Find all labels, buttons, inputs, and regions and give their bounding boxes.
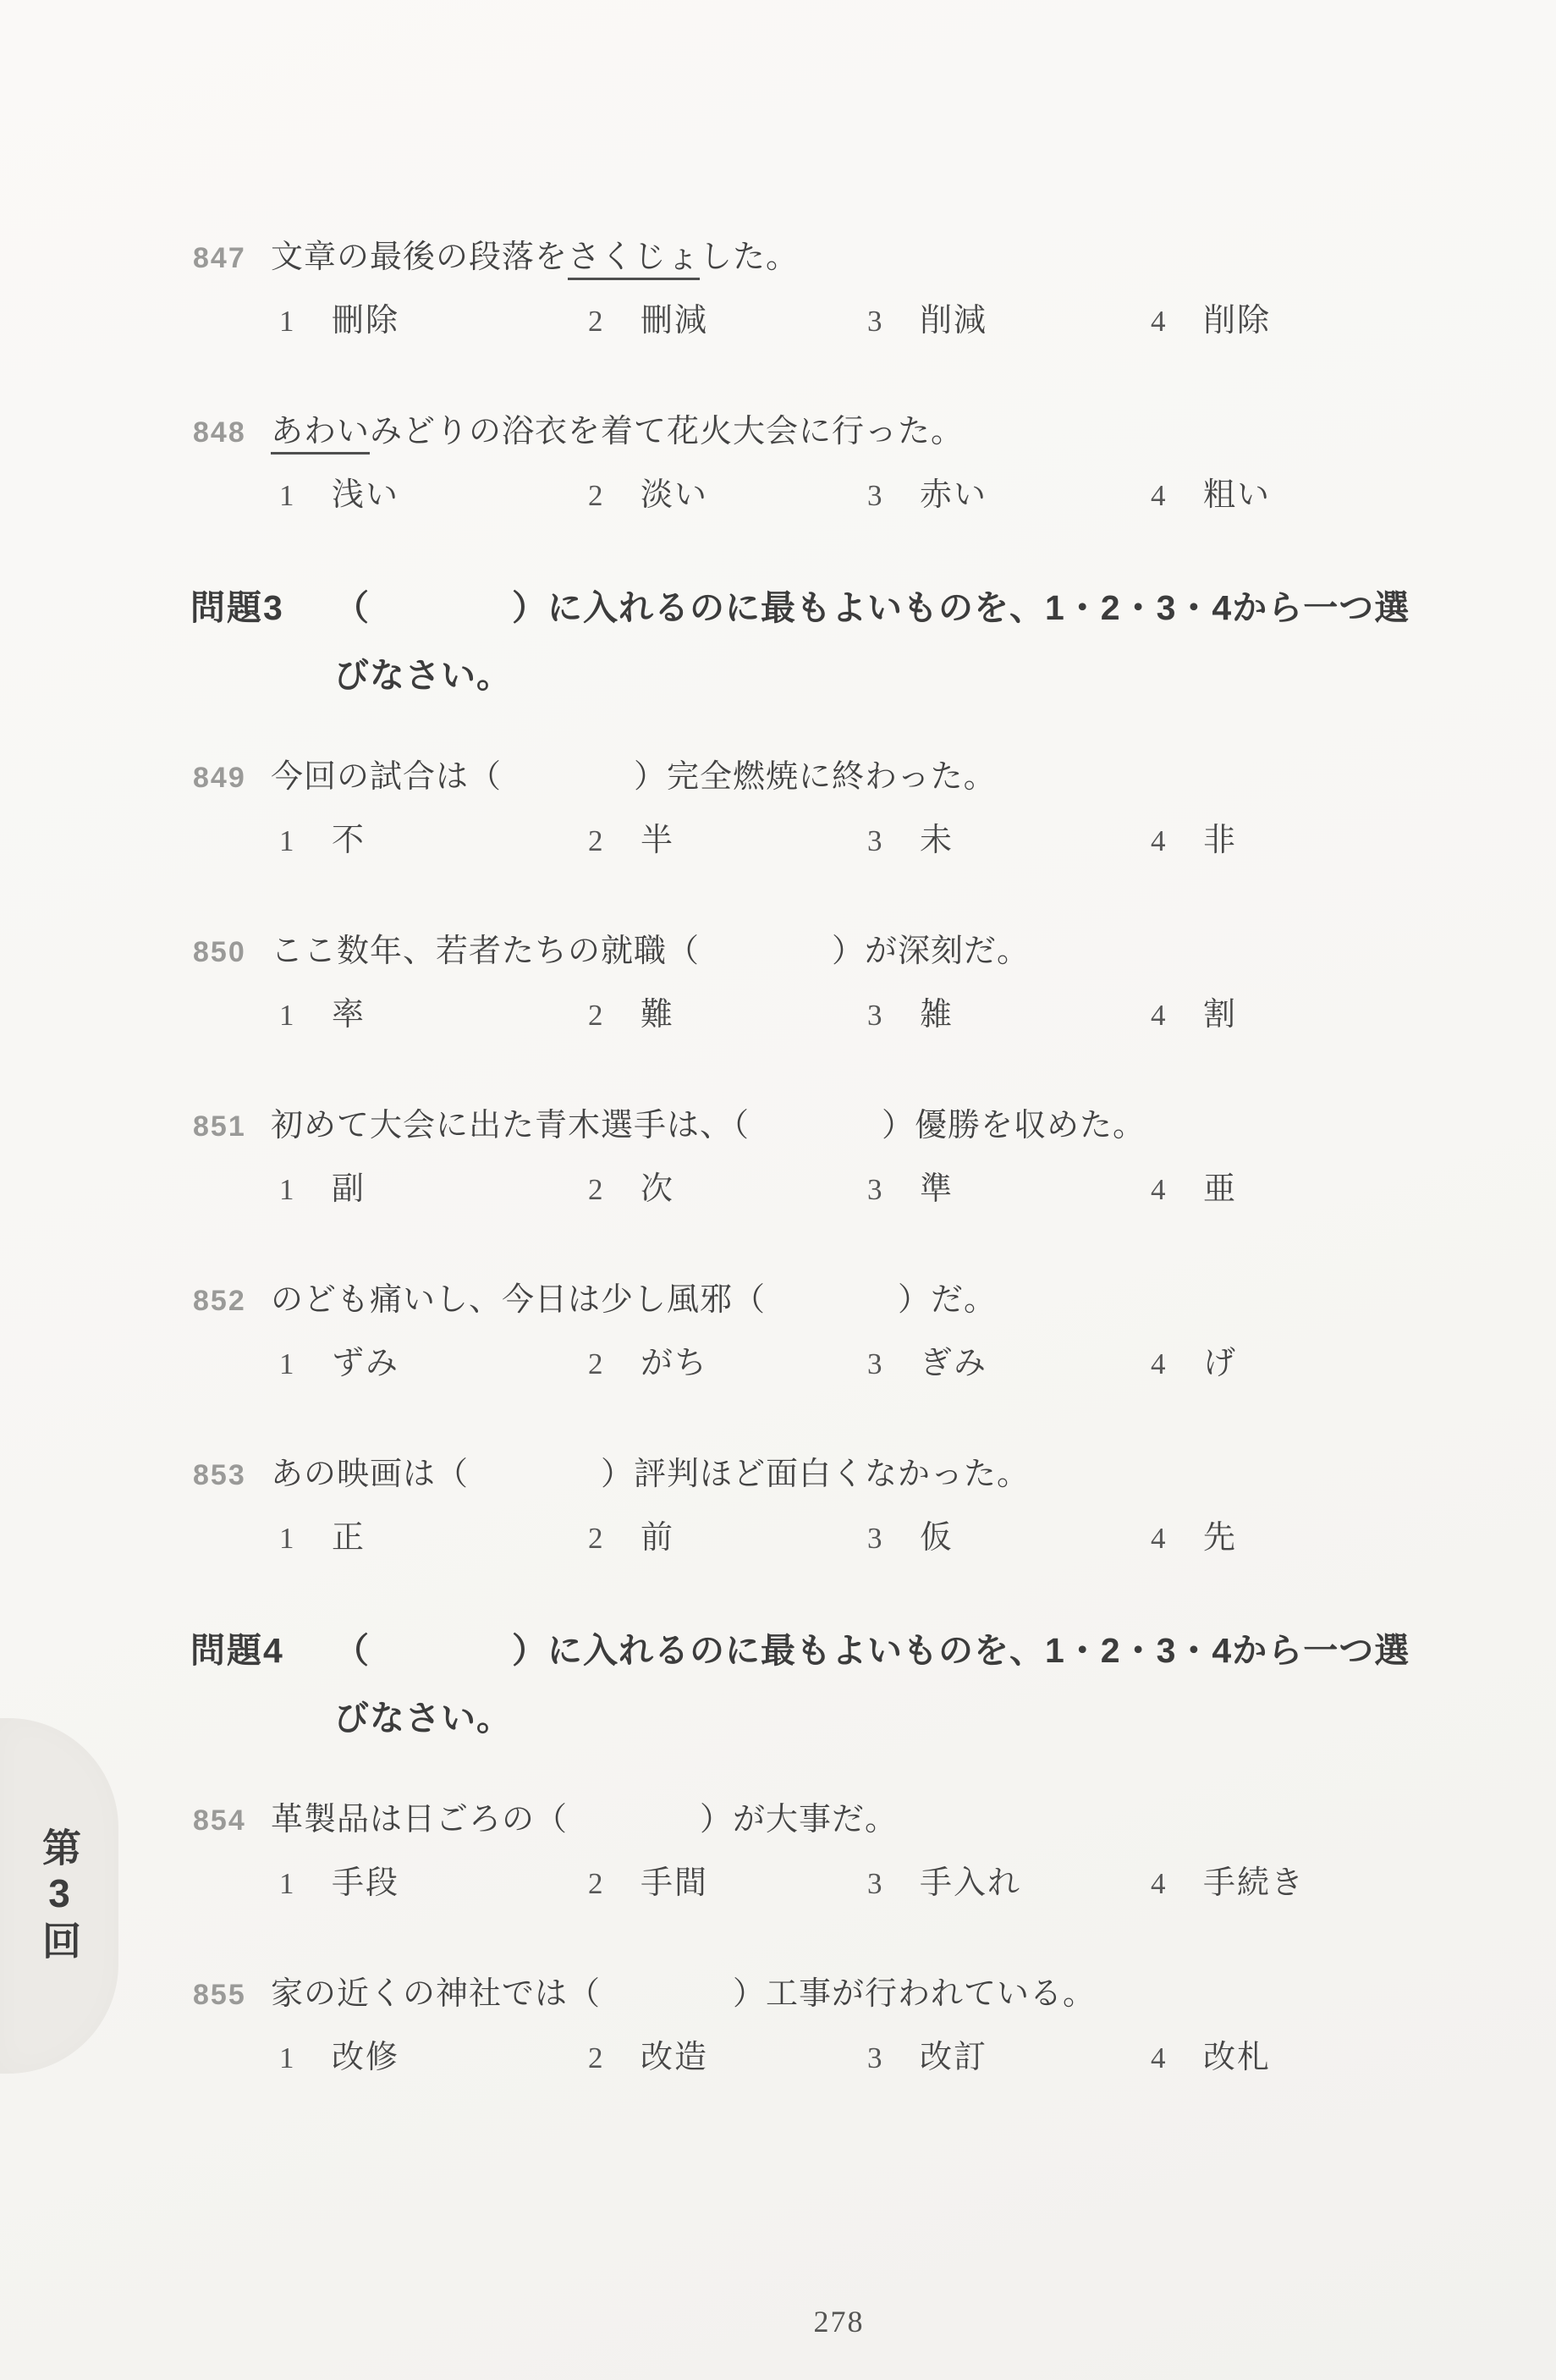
- option-4: 4割: [1151, 993, 1237, 1038]
- option-number: 3: [867, 819, 920, 863]
- option-3: 3削減: [867, 299, 1151, 344]
- option-1: 1刪除: [279, 299, 588, 344]
- option-number: 1: [279, 819, 332, 863]
- option-3: 3仮: [867, 1516, 1151, 1561]
- option-3: 3未: [867, 818, 1151, 863]
- options-row: 1ずみ2がち3ぎみ4げ: [0, 1342, 1556, 1386]
- option-1: 1浅い: [279, 473, 588, 518]
- question-line: 848あわいみどりの浴衣を着て花火大会に行った。: [0, 410, 1556, 455]
- option-number: 2: [588, 819, 641, 863]
- underlined-word: あわい: [271, 414, 370, 455]
- option-text: 削除: [1203, 299, 1271, 343]
- option-number: 4: [1151, 474, 1203, 518]
- option-number: 4: [1151, 994, 1203, 1038]
- option-text: 準: [920, 1167, 954, 1211]
- option-number: 4: [1151, 1168, 1203, 1212]
- option-1: 1副: [279, 1167, 588, 1212]
- option-number: 2: [588, 1862, 641, 1906]
- option-number: 1: [279, 1517, 332, 1561]
- option-text: 仮: [920, 1516, 954, 1560]
- question-line: 847文章の最後の段落をさくじょした。: [0, 235, 1556, 280]
- option-number: 1: [279, 474, 332, 518]
- option-number: 2: [588, 1517, 641, 1561]
- option-text: 粗い: [1203, 473, 1271, 517]
- question-855: 855家の近くの神社では（ ）工事が行われている。1改修2改造3改訂4改札: [0, 1972, 1556, 2080]
- section-header-line: びなさい。: [334, 1694, 1556, 1742]
- option-4: 4げ: [1151, 1342, 1237, 1386]
- option-3: 3雑: [867, 993, 1151, 1038]
- question-line: 852のども痛いし、今日は少し風邪（ ）だ。: [0, 1278, 1556, 1323]
- option-text: 正: [332, 1516, 366, 1560]
- option-number: 4: [1151, 1517, 1203, 1561]
- question-sentence: 初めて大会に出た青木選手は、（ ）優勝を収めた。: [271, 1104, 1146, 1148]
- option-text: 未: [920, 818, 954, 862]
- option-text: 先: [1203, 1516, 1237, 1560]
- option-1: 1不: [279, 818, 588, 863]
- question-853: 853あの映画は（ ）評判ほど面白くなかった。1正2前3仮4先: [0, 1452, 1556, 1561]
- option-text: 割: [1203, 993, 1237, 1037]
- option-text: 改訂: [920, 2036, 987, 2080]
- option-text: 改札: [1203, 2036, 1271, 2080]
- question-sentence: のども痛いし、今日は少し風邪（ ）だ。: [271, 1278, 997, 1322]
- option-text: 手入れ: [920, 1861, 1021, 1905]
- question-851: 851初めて大会に出た青木選手は、（ ）優勝を収めた。1副2次3準4亜: [0, 1104, 1556, 1212]
- question-number: 850: [193, 930, 271, 974]
- question-850: 850ここ数年、若者たちの就職（ ）が深刻だ。1率2難3雑4割: [0, 929, 1556, 1038]
- section-header-問題4: 問題4（ ）に入れるのに最もよいものを、1・2・3・4から一つ選びなさい。: [0, 1627, 1556, 1742]
- option-text: 難: [641, 993, 674, 1037]
- question-line: 851初めて大会に出た青木選手は、（ ）優勝を収めた。: [0, 1104, 1556, 1149]
- option-text: ずみ: [332, 1342, 399, 1386]
- option-number: 3: [867, 300, 920, 344]
- options-row: 1手段2手間3手入れ4手続き: [0, 1861, 1556, 1906]
- option-number: 1: [279, 300, 332, 344]
- option-number: 3: [867, 1342, 920, 1386]
- option-number: 1: [279, 1168, 332, 1212]
- sentence-segment: ここ数年、若者たちの就職（ ）が深刻だ。: [271, 934, 1030, 969]
- option-number: 4: [1151, 1862, 1203, 1906]
- option-text: 浅い: [332, 473, 399, 517]
- option-3: 3準: [867, 1167, 1151, 1212]
- option-number: 3: [867, 994, 920, 1038]
- question-sentence: 文章の最後の段落をさくじょした。: [271, 235, 799, 279]
- exam-page: 第3回 847文章の最後の段落をさくじょした。1刪除2刪減3削減4削除848あわ…: [0, 0, 1556, 2380]
- options-row: 1浅い2淡い3赤い4粗い: [0, 473, 1556, 518]
- option-3: 3改訂: [867, 2036, 1151, 2080]
- question-sentence: 今回の試合は（ ）完全燃焼に終わった。: [271, 755, 997, 799]
- sentence-segment: みどりの浴衣を着て花火大会に行った。: [370, 414, 964, 449]
- question-sentence: あの映画は（ ）評判ほど面白くなかった。: [271, 1452, 1030, 1496]
- option-text: 亜: [1203, 1167, 1237, 1211]
- option-1: 1手段: [279, 1861, 588, 1906]
- option-number: 3: [867, 1517, 920, 1561]
- question-852: 852のども痛いし、今日は少し風邪（ ）だ。1ずみ2がち3ぎみ4げ: [0, 1278, 1556, 1386]
- option-number: 1: [279, 2036, 332, 2080]
- section-header-line: （ ）に入れるのに最もよいものを、1・2・3・4から一つ選: [334, 584, 1556, 631]
- question-849: 849今回の試合は（ ）完全燃焼に終わった。1不2半3未4非: [0, 755, 1556, 863]
- option-text: 淡い: [641, 473, 708, 517]
- options-row: 1刪除2刪減3削減4削除: [0, 299, 1556, 344]
- option-2: 2刪減: [588, 299, 867, 344]
- option-text: 前: [641, 1516, 674, 1560]
- option-4: 4非: [1151, 818, 1237, 863]
- question-sentence: ここ数年、若者たちの就職（ ）が深刻だ。: [271, 929, 1030, 973]
- option-1: 1改修: [279, 2036, 588, 2080]
- section-header-label: 問題3: [190, 584, 334, 699]
- options-row: 1不2半3未4非: [0, 818, 1556, 863]
- option-number: 1: [279, 1342, 332, 1386]
- option-4: 4先: [1151, 1516, 1237, 1561]
- question-line: 855家の近くの神社では（ ）工事が行われている。: [0, 1972, 1556, 2017]
- options-row: 1率2難3雑4割: [0, 993, 1556, 1038]
- option-4: 4削除: [1151, 299, 1271, 344]
- sentence-segment: 今回の試合は（ ）完全燃焼に終わった。: [271, 759, 997, 795]
- question-line: 850ここ数年、若者たちの就職（ ）が深刻だ。: [0, 929, 1556, 974]
- question-line: 849今回の試合は（ ）完全燃焼に終わった。: [0, 755, 1556, 800]
- question-854: 854革製品は日ごろの（ ）が大事だ。1手段2手間3手入れ4手続き: [0, 1798, 1556, 1906]
- question-sentence: 家の近くの神社では（ ）工事が行われている。: [271, 1972, 1096, 2016]
- question-line: 853あの映画は（ ）評判ほど面白くなかった。: [0, 1452, 1556, 1497]
- section-header-line: びなさい。: [334, 652, 1556, 699]
- option-number: 4: [1151, 300, 1203, 344]
- option-text: げ: [1203, 1342, 1237, 1386]
- underlined-word: さくじょ: [568, 240, 700, 280]
- option-text: 副: [332, 1167, 366, 1211]
- option-2: 2次: [588, 1167, 867, 1212]
- option-number: 3: [867, 474, 920, 518]
- option-4: 4亜: [1151, 1167, 1237, 1212]
- question-number: 853: [193, 1453, 271, 1497]
- option-1: 1ずみ: [279, 1342, 588, 1386]
- option-text: 刪減: [641, 299, 708, 343]
- option-text: 改修: [332, 2036, 399, 2080]
- option-text: 雑: [920, 993, 954, 1037]
- option-4: 4粗い: [1151, 473, 1271, 518]
- option-text: 改造: [641, 2036, 708, 2080]
- option-number: 2: [588, 1342, 641, 1386]
- option-number: 2: [588, 300, 641, 344]
- option-number: 2: [588, 1168, 641, 1212]
- page-number: 278: [814, 2304, 865, 2339]
- section-header-line: （ ）に入れるのに最もよいものを、1・2・3・4から一つ選: [334, 1627, 1556, 1674]
- option-3: 3ぎみ: [867, 1342, 1151, 1386]
- option-3: 3手入れ: [867, 1861, 1151, 1906]
- section-header-instructions: （ ）に入れるのに最もよいものを、1・2・3・4から一つ選びなさい。: [334, 1627, 1556, 1742]
- questions-area: 847文章の最後の段落をさくじょした。1刪除2刪減3削減4削除848あわいみどり…: [0, 0, 1556, 2146]
- option-text: 不: [332, 818, 366, 862]
- question-847: 847文章の最後の段落をさくじょした。1刪除2刪減3削減4削除: [0, 235, 1556, 344]
- sentence-segment: した。: [700, 240, 799, 275]
- section-header-instructions: （ ）に入れるのに最もよいものを、1・2・3・4から一つ選びなさい。: [334, 584, 1556, 699]
- option-text: 削減: [920, 299, 987, 343]
- option-number: 4: [1151, 819, 1203, 863]
- sentence-segment: 初めて大会に出た青木選手は、（ ）優勝を収めた。: [271, 1108, 1146, 1143]
- section-header-label: 問題4: [190, 1627, 334, 1742]
- option-text: 率: [332, 993, 366, 1037]
- option-text: 手続き: [1203, 1861, 1305, 1905]
- option-2: 2手間: [588, 1861, 867, 1906]
- question-number: 854: [193, 1799, 271, 1843]
- option-number: 4: [1151, 1342, 1203, 1386]
- question-number: 855: [193, 1973, 271, 2017]
- sentence-segment: あの映画は（ ）評判ほど面白くなかった。: [271, 1457, 1030, 1492]
- option-3: 3赤い: [867, 473, 1151, 518]
- option-number: 3: [867, 2036, 920, 2080]
- option-text: 次: [641, 1167, 674, 1211]
- question-number: 851: [193, 1105, 271, 1149]
- option-4: 4手続き: [1151, 1861, 1305, 1906]
- option-text: 赤い: [920, 473, 987, 517]
- options-row: 1正2前3仮4先: [0, 1516, 1556, 1561]
- question-sentence: あわいみどりの浴衣を着て花火大会に行った。: [271, 410, 964, 454]
- section-header-問題3: 問題3（ ）に入れるのに最もよいものを、1・2・3・4から一つ選びなさい。: [0, 584, 1556, 699]
- option-1: 1正: [279, 1516, 588, 1561]
- option-text: 刪除: [332, 299, 399, 343]
- sentence-segment: 文章の最後の段落を: [271, 240, 568, 275]
- option-2: 2改造: [588, 2036, 867, 2080]
- question-number: 852: [193, 1279, 271, 1323]
- option-2: 2半: [588, 818, 867, 863]
- option-text: 非: [1203, 818, 1237, 862]
- option-1: 1率: [279, 993, 588, 1038]
- sentence-segment: 革製品は日ごろの（ ）が大事だ。: [271, 1802, 898, 1837]
- option-number: 2: [588, 2036, 641, 2080]
- option-number: 1: [279, 994, 332, 1038]
- question-number: 849: [193, 756, 271, 800]
- option-number: 2: [588, 474, 641, 518]
- option-2: 2がち: [588, 1342, 867, 1386]
- option-number: 4: [1151, 2036, 1203, 2080]
- option-text: がち: [641, 1342, 708, 1386]
- option-text: 半: [641, 818, 674, 862]
- question-848: 848あわいみどりの浴衣を着て花火大会に行った。1浅い2淡い3赤い4粗い: [0, 410, 1556, 518]
- question-number: 848: [193, 410, 271, 455]
- sentence-segment: のども痛いし、今日は少し風邪（ ）だ。: [271, 1282, 997, 1318]
- option-text: 手間: [641, 1861, 708, 1905]
- option-text: ぎみ: [920, 1342, 987, 1386]
- option-number: 3: [867, 1168, 920, 1212]
- option-number: 2: [588, 994, 641, 1038]
- option-2: 2難: [588, 993, 867, 1038]
- option-2: 2前: [588, 1516, 867, 1561]
- question-line: 854革製品は日ごろの（ ）が大事だ。: [0, 1798, 1556, 1843]
- question-number: 847: [193, 236, 271, 280]
- options-row: 1副2次3準4亜: [0, 1167, 1556, 1212]
- option-text: 手段: [332, 1861, 399, 1905]
- sentence-segment: 家の近くの神社では（ ）工事が行われている。: [271, 1976, 1096, 2012]
- question-sentence: 革製品は日ごろの（ ）が大事だ。: [271, 1798, 898, 1842]
- options-row: 1改修2改造3改訂4改札: [0, 2036, 1556, 2080]
- option-number: 1: [279, 1862, 332, 1906]
- option-2: 2淡い: [588, 473, 867, 518]
- option-number: 3: [867, 1862, 920, 1906]
- option-4: 4改札: [1151, 2036, 1271, 2080]
